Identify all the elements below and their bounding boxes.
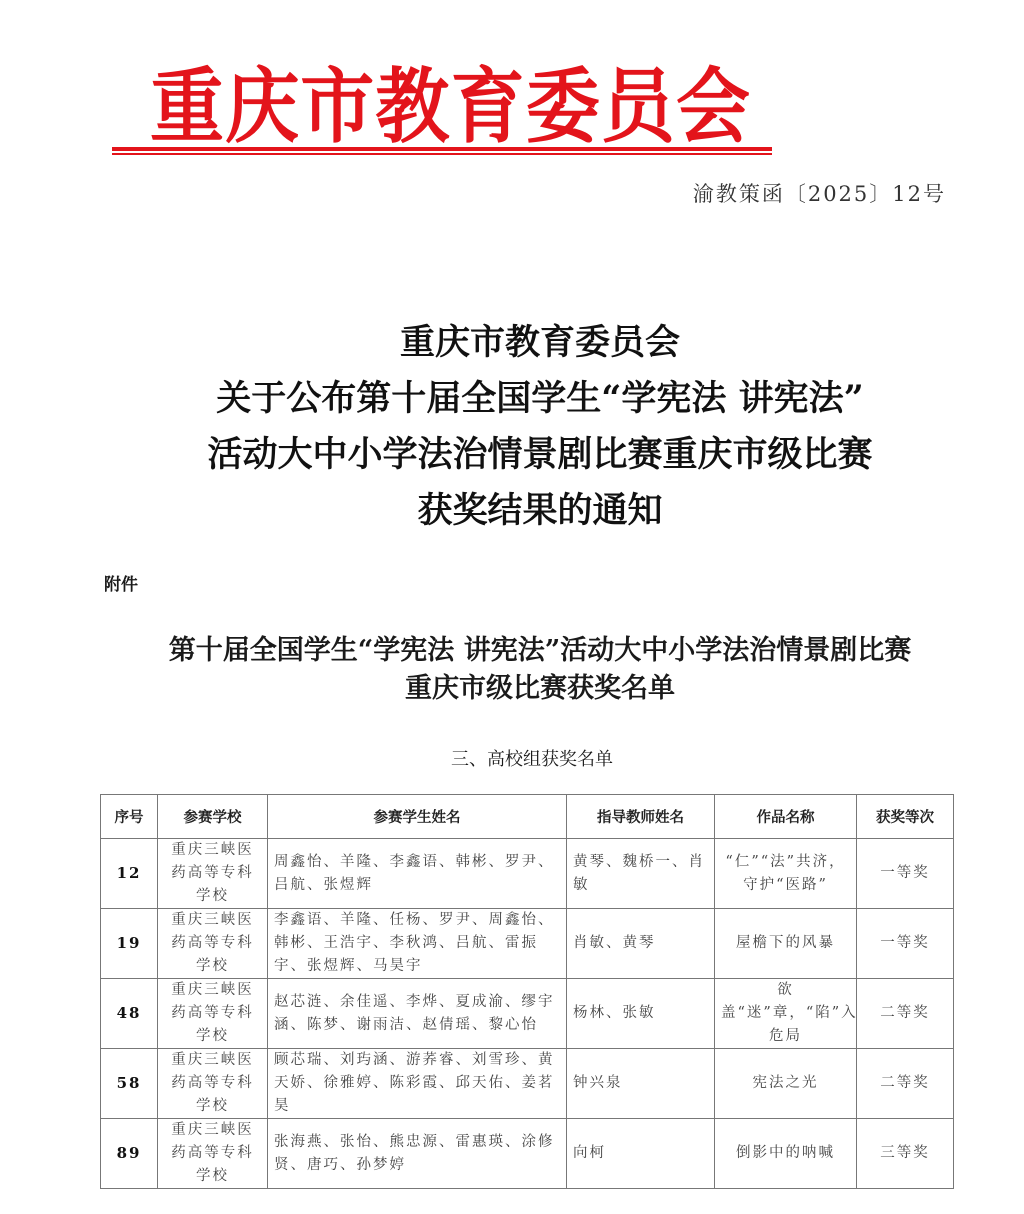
- letterhead-char: 重: [150, 58, 224, 157]
- table-row: 12 重庆三峡医药高等专科学校 周鑫怡、羊隆、李鑫语、韩彬、罗尹、吕航、张煜辉 …: [101, 839, 954, 909]
- cell-award: 二等奖: [857, 1049, 954, 1119]
- cell-award: 三等奖: [857, 1119, 954, 1189]
- notice-title-line: 关于公布第十届全国学生“学宪法 讲宪法”: [0, 371, 1024, 427]
- notice-title-line: 获奖结果的通知: [0, 483, 1024, 539]
- cell-students: 赵芯涟、余佳遥、李烨、夏成渝、缪宇涵、陈梦、谢雨洁、赵倩瑶、黎心怡: [268, 979, 567, 1049]
- cell-students: 周鑫怡、羊隆、李鑫语、韩彬、罗尹、吕航、张煜辉: [268, 839, 567, 909]
- cell-school: 重庆三峡医药高等专科学校: [158, 839, 268, 909]
- cell-teachers: 肖敏、黄琴: [567, 909, 715, 979]
- cell-no: 89: [101, 1119, 158, 1189]
- letterhead-divider: [112, 147, 772, 151]
- header-award: 获奖等次: [857, 795, 954, 839]
- cell-work: 倒影中的呐喊: [715, 1119, 857, 1189]
- header-work: 作品名称: [715, 795, 857, 839]
- list-title: 第十届全国学生“学宪法 讲宪法”活动大中小学法治情景剧比赛 重庆市级比赛获奖名单: [0, 632, 1024, 708]
- table-row: 58 重庆三峡医药高等专科学校 顾芯瑞、刘玙涵、游荞睿、刘雪珍、黄天娇、徐雅婷、…: [101, 1049, 954, 1119]
- list-title-line: 重庆市级比赛获奖名单: [0, 670, 1024, 708]
- table-row: 19 重庆三峡医药高等专科学校 李鑫语、羊隆、任杨、罗尹、周鑫怡、韩彬、王浩宇、…: [101, 909, 954, 979]
- letterhead-char: 育: [451, 58, 525, 157]
- header-teachers: 指导教师姓名: [567, 795, 715, 839]
- cell-students: 李鑫语、羊隆、任杨、罗尹、周鑫怡、韩彬、王浩宇、李秋鸿、吕航、雷振宇、张煜辉、马…: [268, 909, 567, 979]
- attachment-label: 附件: [104, 570, 138, 595]
- cell-work: 屋檐下的风暴: [715, 909, 857, 979]
- cell-no: 19: [101, 909, 158, 979]
- header-no: 序号: [101, 795, 158, 839]
- cell-school: 重庆三峡医药高等专科学校: [158, 909, 268, 979]
- cell-teachers: 黄琴、魏桥一、肖敏: [567, 839, 715, 909]
- cell-work: 欲盖“迷”章，“陷”入危局: [715, 979, 857, 1049]
- cell-work: “仁”“法”共济，守护“医路”: [715, 839, 857, 909]
- cell-no: 12: [101, 839, 158, 909]
- cell-award: 一等奖: [857, 839, 954, 909]
- cell-teachers: 钟兴泉: [567, 1049, 715, 1119]
- header-school: 参赛学校: [158, 795, 268, 839]
- cell-award: 一等奖: [857, 909, 954, 979]
- cell-students: 张海燕、张怡、熊忠源、雷惠瑛、涂修贤、唐巧、孙梦婷: [268, 1119, 567, 1189]
- letterhead-char: 庆: [225, 58, 299, 157]
- letterhead-char: 会: [676, 58, 750, 157]
- cell-teachers: 杨林、张敏: [567, 979, 715, 1049]
- cell-no: 58: [101, 1049, 158, 1119]
- header-students: 参赛学生姓名: [268, 795, 567, 839]
- cell-school: 重庆三峡医药高等专科学校: [158, 979, 268, 1049]
- notice-title-line: 重庆市教育委员会: [0, 315, 1024, 371]
- letterhead-char: 员: [601, 58, 675, 157]
- cell-teachers: 向柯: [567, 1119, 715, 1189]
- letterhead-org-name: 重 庆 市 教 育 委 员 会: [150, 58, 750, 157]
- cell-work: 宪法之光: [715, 1049, 857, 1119]
- notice-title-line: 活动大中小学法治情景剧比赛重庆市级比赛: [0, 427, 1024, 483]
- section-heading: 三、高校组获奖名单: [0, 745, 1024, 771]
- cell-award: 二等奖: [857, 979, 954, 1049]
- letterhead-char: 教: [375, 58, 449, 157]
- letterhead-char: 市: [300, 58, 374, 157]
- table-row: 89 重庆三峡医药高等专科学校 张海燕、张怡、熊忠源、雷惠瑛、涂修贤、唐巧、孙梦…: [101, 1119, 954, 1189]
- cell-school: 重庆三峡医药高等专科学校: [158, 1119, 268, 1189]
- awards-table: 序号 参赛学校 参赛学生姓名 指导教师姓名 作品名称 获奖等次 12 重庆三峡医…: [100, 794, 954, 1189]
- cell-students: 顾芯瑞、刘玙涵、游荞睿、刘雪珍、黄天娇、徐雅婷、陈彩霞、邱天佑、姜茗昊: [268, 1049, 567, 1119]
- document-number: 渝教策函〔2025〕12号: [693, 178, 946, 208]
- letterhead-char: 委: [526, 58, 600, 157]
- cell-no: 48: [101, 979, 158, 1049]
- cell-school: 重庆三峡医药高等专科学校: [158, 1049, 268, 1119]
- notice-title: 重庆市教育委员会 关于公布第十届全国学生“学宪法 讲宪法” 活动大中小学法治情景…: [0, 315, 1024, 539]
- list-title-line: 第十届全国学生“学宪法 讲宪法”活动大中小学法治情景剧比赛: [0, 632, 1024, 670]
- table-header-row: 序号 参赛学校 参赛学生姓名 指导教师姓名 作品名称 获奖等次: [101, 795, 954, 839]
- table-row: 48 重庆三峡医药高等专科学校 赵芯涟、余佳遥、李烨、夏成渝、缪宇涵、陈梦、谢雨…: [101, 979, 954, 1049]
- letterhead-divider-thin: [112, 153, 772, 155]
